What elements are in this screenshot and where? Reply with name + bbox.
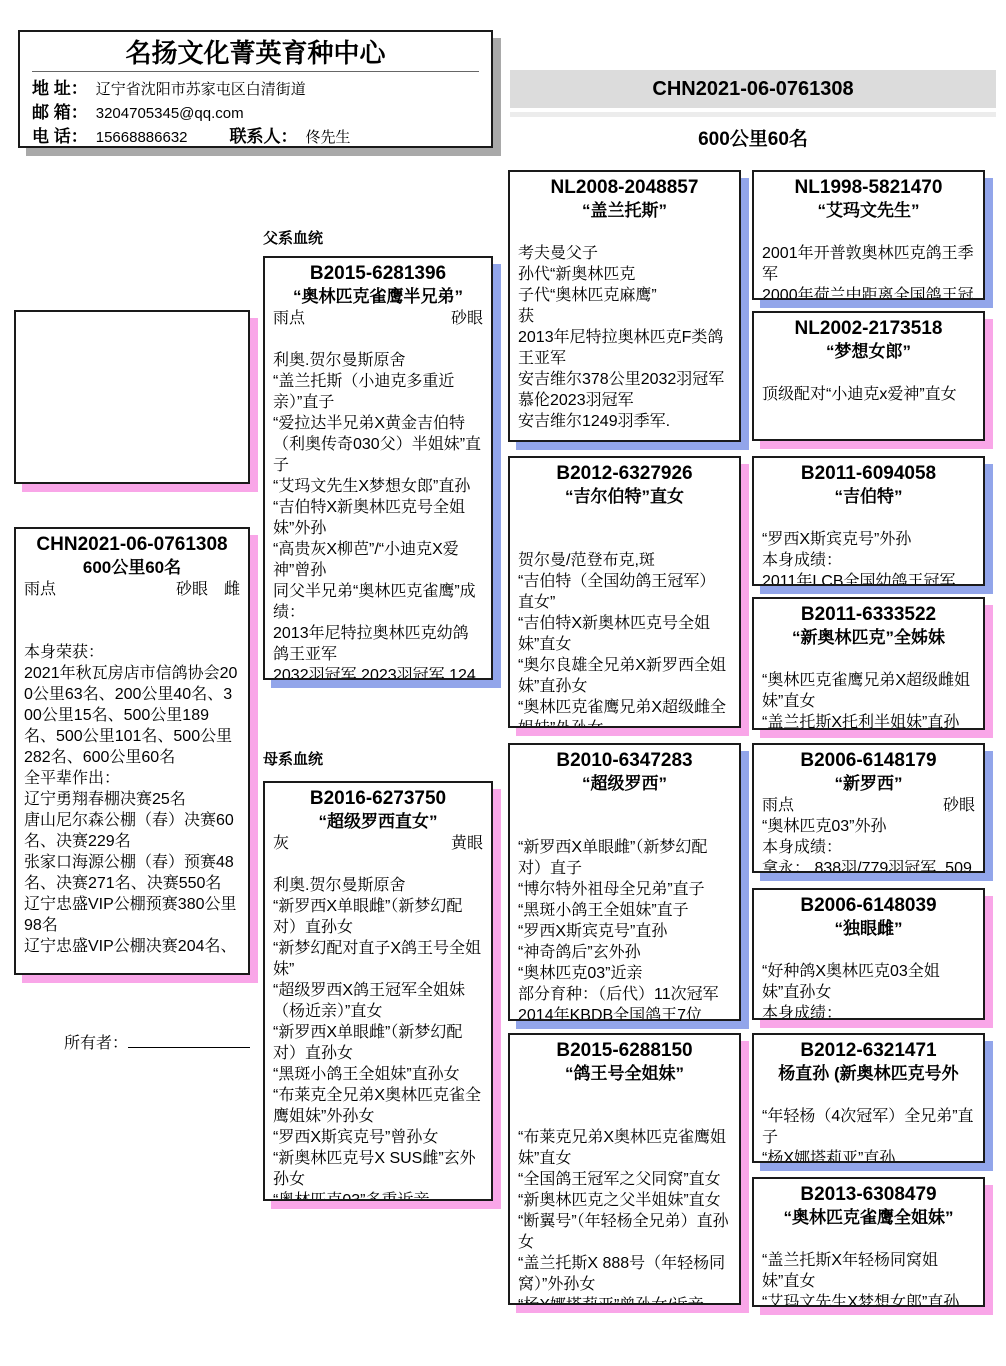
great-grandparent-box-7: B2012-6321471 杨直孙 (新奥林匹克号外 “年轻杨（4次冠军）全兄弟…	[752, 1033, 985, 1163]
address-value: 辽宁省沈阳市苏家屯区白清街道	[96, 78, 306, 101]
loft-title: 名扬文化菁英育种中心	[32, 36, 479, 70]
bird-eye: 砂眼	[176, 579, 208, 600]
bird-name: “新奥林匹克”全姊妹	[762, 627, 975, 649]
granddam-maternal-box: B2015-6288150 “鸽王号全姐妹” “布莱克兄弟X奥林匹克雀鹰姐妹”直…	[508, 1033, 741, 1305]
bird-details: 本身荣获： 2021年秋瓦房店市信鸽协会200公里63名、200公里40名、30…	[24, 600, 240, 957]
great-grandparent-box-8: B2013-6308479 “奥林匹克雀鹰全姐妹” “盖兰托斯X年轻杨同窝姐妹”…	[752, 1177, 985, 1307]
bird-eye-sex: 砂眼 雌	[176, 579, 240, 600]
bird-result: 600公里60名	[24, 557, 240, 579]
great-grandparent-box-4: B2011-6333522 “新奥林匹克”全姊妹 “奥林匹克雀鹰兄弟X超级雌姐妹…	[752, 597, 985, 730]
bird-ring: CHN2021-06-0761308	[24, 533, 240, 557]
bird-name: “独眼雌”	[762, 918, 975, 940]
phone-pair: 电 话： 15668886632	[32, 125, 188, 149]
trait-row: 雨点 砂眼	[762, 795, 975, 816]
sire-box: B2015-6281396 “奥林匹克雀鹰半兄弟” 雨点 砂眼 利奥.贺尔曼斯原…	[263, 256, 493, 680]
address-row: 地 址： 辽宁省沈阳市苏家屯区白清街道	[32, 77, 479, 101]
sire-eye: 砂眼	[451, 308, 483, 329]
bird-notes: 顶级配对“小迪克x爱神”直女	[762, 363, 975, 405]
bird-name: “梦想女郎”	[762, 341, 975, 363]
ring-number: B2012-6327926	[518, 462, 731, 486]
email-value: 3204705345@qq.com	[96, 102, 244, 125]
bird-name: “盖兰托斯”	[518, 200, 731, 222]
owner-row: 所有者：	[64, 1030, 250, 1053]
bird-name: “吉尔伯特”直女	[518, 486, 731, 508]
bird-notes: 贺尔曼/范登布克,斑 “吉伯特（全国幼鸽王冠军）直女” “吉伯特X新奥林匹克号全…	[518, 508, 731, 728]
grandsire-paternal-box: NL2008-2048857 “盖兰托斯” 考夫曼父子 孙代“新奥林匹克 子代“…	[508, 170, 741, 442]
owner-label: 所有者：	[64, 1035, 128, 1052]
bird-eye: 砂眼	[943, 795, 975, 816]
bird-notes: 考夫曼父子 孙代“新奥林匹克 子代“奥林匹克麻鹰” 获 2013年尼特拉奥林匹克…	[518, 222, 731, 432]
sire-ring: B2015-6281396	[273, 262, 483, 286]
header-divider	[32, 71, 479, 72]
ring-number: B2006-6148039	[762, 894, 975, 918]
sire-lineage-label: 父系血统	[263, 227, 323, 248]
ring-number: B2011-6094058	[762, 462, 975, 486]
ring-number: NL2002-2173518	[762, 317, 975, 341]
bird-name: 杨直孙 (新奥林匹克号外	[762, 1063, 975, 1085]
banner-result: 600公里60名	[510, 124, 996, 151]
contact-value: 佟先生	[306, 126, 351, 149]
email-row: 邮 箱： 3204705345@qq.com	[32, 101, 479, 125]
bird-notes: “好种鸽X奥林匹克03全姐妹”直孙女 本身成绩：	[762, 940, 975, 1020]
phone-row: 电 话： 15668886632 联系人： 佟先生	[32, 125, 479, 149]
loft-header-card: 名扬文化菁英育种中心 地 址： 辽宁省沈阳市苏家屯区白清街道 邮 箱： 3204…	[18, 30, 493, 148]
ring-banner-underline	[510, 112, 996, 117]
ring-number: B2011-6333522	[762, 603, 975, 627]
ring-banner: CHN2021-06-0761308	[510, 70, 996, 108]
bird-notes: “布莱克兄弟X奥林匹克雀鹰姐妹”直女 “全国鸽王冠军之父同窝”直女 “新奥林匹克…	[518, 1085, 731, 1305]
bird-notes: “新罗西X单眼雌”（新梦幻配对）直子 “博尔特外祖母全兄弟”直子 “黑斑小鸽王全…	[518, 795, 731, 1021]
great-grandparent-box-6: B2006-6148039 “独眼雌” “好种鸽X奥林匹克03全姐妹”直孙女 本…	[752, 888, 985, 1020]
phone-value: 15668886632	[96, 126, 188, 149]
dam-notes: 利奥.贺尔曼斯原舍 “新罗西X单眼雌”（新梦幻配对）直孙女 “新梦幻配对直子X鸽…	[273, 854, 483, 1201]
ring-number: B2015-6288150	[518, 1039, 731, 1063]
great-grandparent-box-2: NL2002-2173518 “梦想女郎” 顶级配对“小迪克x爱神”直女	[752, 311, 985, 441]
bird-notes: “盖兰托斯X年轻杨同窝姐妹”直女 “艾玛文先生X梦想女郎”直孙女	[762, 1229, 975, 1307]
contact-pair: 联系人： 佟先生	[230, 125, 351, 149]
bird-color: 雨点	[762, 795, 794, 816]
owner-blank-line	[128, 1033, 250, 1048]
bird-trait-row: 雨点 砂眼 雌	[24, 579, 240, 600]
email-label: 邮 箱：	[32, 101, 88, 124]
bird-notes: 2001年开普敦奥林匹克鸽王季军 2000年荷兰中距离全国鸽王冠军	[762, 222, 975, 300]
pedigree-page: 名扬文化菁英育种中心 地 址： 辽宁省沈阳市苏家屯区白清街道 邮 箱： 3204…	[0, 0, 1006, 1366]
contact-label: 联系人：	[230, 125, 298, 148]
bird-notes: “年轻杨（4次冠军）全兄弟”直子 “杨X娜塔莉亚”直孙	[762, 1085, 975, 1163]
dam-trait-row: 灰 黄眼	[273, 833, 483, 854]
great-grandparent-box-5: B2006-6148179 “新罗西” 雨点 砂眼 “奥林匹克03”外孙 本身成…	[752, 743, 985, 873]
sire-name: “奥林匹克雀鹰半兄弟”	[273, 286, 483, 308]
dam-box: B2016-6273750 “超级罗西直女” 灰 黄眼 利奥.贺尔曼斯原舍 “新…	[263, 781, 493, 1201]
bird-name: “奥林匹克雀鹰全姐妹”	[762, 1207, 975, 1229]
sire-trait-row: 雨点 砂眼	[273, 308, 483, 329]
ring-number: NL1998-5821470	[762, 176, 975, 200]
dam-name: “超级罗西直女”	[273, 811, 483, 833]
photo-placeholder-box	[14, 310, 250, 484]
dam-eye: 黄眼	[451, 833, 483, 854]
great-grandparent-box-1: NL1998-5821470 “艾玛文先生” 2001年开普敦奥林匹克鸽王季军 …	[752, 170, 985, 300]
bird-name: “新罗西”	[762, 773, 975, 795]
bird-name: “吉伯特”	[762, 486, 975, 508]
bird-name: “鸽王号全姐妹”	[518, 1063, 731, 1085]
dam-lineage-label: 母系血统	[263, 748, 323, 769]
bird-sex: 雌	[224, 579, 240, 600]
bird-notes: “罗西X斯宾克号”外孙 本身成绩： 2011年LCB全国幼鸽王冠军	[762, 508, 975, 586]
bird-name: “超级罗西”	[518, 773, 731, 795]
dam-color: 灰	[273, 833, 289, 854]
phone-label: 电 话：	[32, 125, 88, 148]
grandsire-maternal-box: B2010-6347283 “超级罗西” “新罗西X单眼雌”（新梦幻配对）直子 …	[508, 743, 741, 1021]
sire-color: 雨点	[273, 308, 305, 329]
bird-name: “艾玛文先生”	[762, 200, 975, 222]
ring-number: B2013-6308479	[762, 1183, 975, 1207]
sire-notes: 利奥.贺尔曼斯原舍 “盖兰托斯（小迪克多重近亲）”直子 “爱拉达半兄弟X黄金吉伯…	[273, 329, 483, 680]
address-label: 地 址：	[32, 77, 88, 100]
dam-ring: B2016-6273750	[273, 787, 483, 811]
granddam-paternal-box: B2012-6327926 “吉尔伯特”直女 贺尔曼/范登布克,斑 “吉伯特（全…	[508, 456, 741, 728]
bird-notes: “奥林匹克03”外孙 本身成绩： 拿永： 838羽/779羽冠军 509	[762, 816, 975, 873]
bird-notes: “奥林匹克雀鹰兄弟X超级雌姐妹”直女 “盖兰托斯X托利半姐妹”直孙女	[762, 649, 975, 730]
ring-number: B2010-6347283	[518, 749, 731, 773]
ring-number: B2012-6321471	[762, 1039, 975, 1063]
ring-number: NL2008-2048857	[518, 176, 731, 200]
bird-info-box: CHN2021-06-0761308 600公里60名 雨点 砂眼 雌 本身荣获…	[14, 527, 250, 975]
great-grandparent-box-3: B2011-6094058 “吉伯特” “罗西X斯宾克号”外孙 本身成绩： 20…	[752, 456, 985, 586]
bird-color: 雨点	[24, 579, 56, 600]
ring-number: B2006-6148179	[762, 749, 975, 773]
